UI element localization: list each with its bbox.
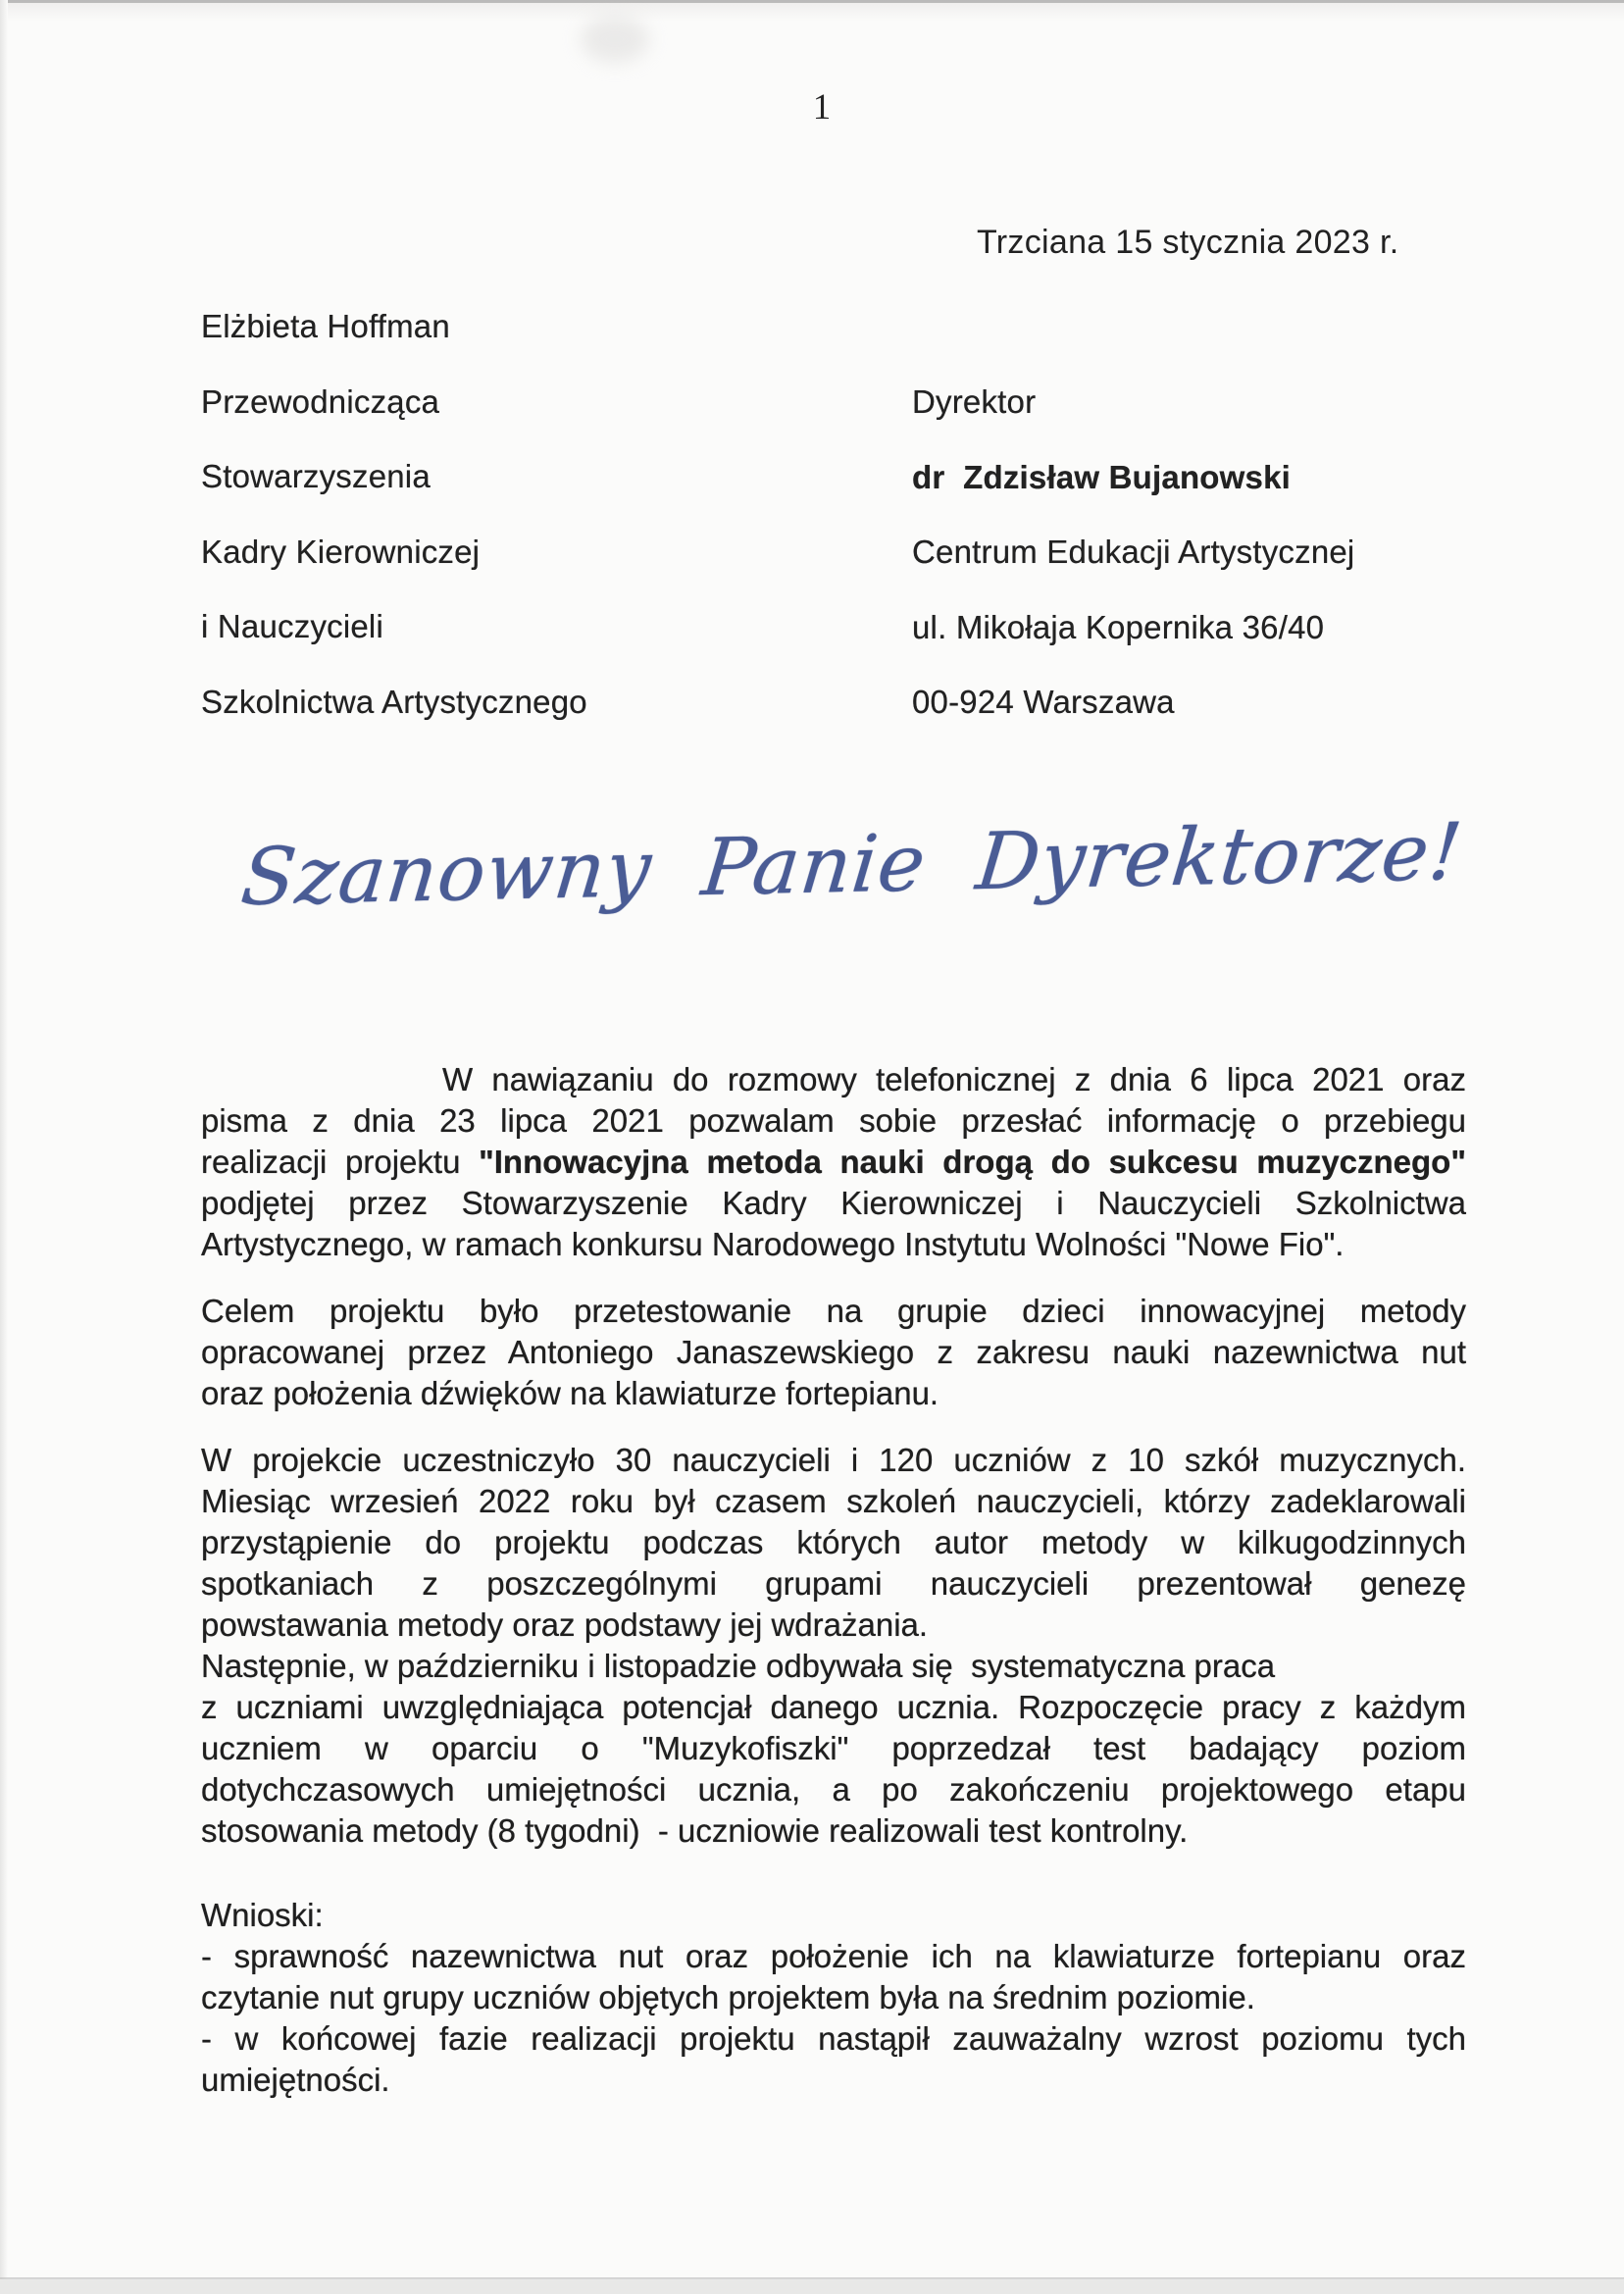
body-line: spotkaniach z poszczególnymi grupami nau… <box>201 1563 1466 1605</box>
body-line: W projekcie uczestniczyło 30 nauczycieli… <box>201 1440 1466 1481</box>
recipient-block: Dyrektor dr Zdzisław Bujanowski Centrum … <box>912 383 1354 759</box>
body-line: Celem projektu było przetestowanie na gr… <box>201 1291 1466 1332</box>
body-text: umiejętności. <box>201 2062 390 2098</box>
salutation-handwriting: Szanowny Panie Dyrektorze! <box>237 809 1325 923</box>
body-text: z uczniami uwzględniająca potencjał dane… <box>201 1689 1466 1725</box>
recipient-line-name: dr Zdzisław Bujanowski <box>912 459 1354 535</box>
scan-edge-top-band <box>0 0 1624 22</box>
body-line: umiejętności. <box>201 2060 1466 2101</box>
sender-line: Szkolnictwa Artystycznego <box>201 684 587 759</box>
body-text-bold: "Innowacyjna metoda nauki drogą do sukce… <box>479 1144 1466 1180</box>
body-text: oraz położenia dźwięków na klawiaturze f… <box>201 1375 939 1411</box>
sender-line: Kadry Kierowniczej <box>201 534 587 609</box>
scan-edge-left <box>0 0 8 2294</box>
body-line: Następnie, w październiku i listopadzie … <box>201 1646 1466 1687</box>
recipient-line: Centrum Edukacji Artystycznej <box>912 534 1354 609</box>
body-line: powstawania metody oraz podstawy jej wdr… <box>201 1605 1466 1646</box>
body-text: powstawania metody oraz podstawy jej wdr… <box>201 1606 928 1643</box>
body-text: Celem projektu było przetestowanie na gr… <box>201 1293 1466 1329</box>
body-line: oraz położenia dźwięków na klawiaturze f… <box>201 1373 1466 1414</box>
body-text: Następnie, w październiku i listopadzie … <box>201 1648 1275 1684</box>
body-text: - w końcowej fazie realizacji projektu n… <box>201 2020 1466 2057</box>
page-number: 1 <box>0 86 1624 128</box>
paragraph: Celem projektu było przetestowanie na gr… <box>201 1291 1466 1414</box>
body-line: pisma z dnia 23 lipca 2021 pozwalam sobi… <box>201 1100 1466 1142</box>
scan-edge-top-line <box>0 0 1624 3</box>
body-line: podjętej przez Stowarzyszenie Kadry Kier… <box>201 1183 1466 1224</box>
body-line: przystąpienie do projektu podczas któryc… <box>201 1522 1466 1563</box>
recipient-line: ul. Mikołaja Kopernika 36/40 <box>912 609 1354 685</box>
body-text: uczniem w oparciu o "Muzykofiszki" poprz… <box>201 1730 1466 1766</box>
body-text: - sprawność nazewnictwa nut oraz położen… <box>201 1938 1466 1974</box>
paragraph: W nawiązaniu do rozmowy telefonicznej z … <box>201 1059 1466 1265</box>
sender-line: Elżbieta Hoffman <box>201 308 587 383</box>
body-line: Artystycznego, w ramach konkursu Narodow… <box>201 1224 1466 1265</box>
body-line: dotychczasowych umiejętności ucznia, a p… <box>201 1769 1466 1810</box>
body-text: Miesiąc wrzesień 2022 roku był czasem sz… <box>201 1483 1466 1519</box>
body-text: przystąpienie do projektu podczas któryc… <box>201 1524 1466 1560</box>
body-text: spotkaniach z poszczególnymi grupami nau… <box>201 1565 1466 1602</box>
body-line: Wnioski: <box>201 1895 1466 1936</box>
paragraph: W projekcie uczestniczyło 30 nauczycieli… <box>201 1440 1466 1852</box>
sender-line: Przewodnicząca <box>201 383 587 459</box>
body-text: opracowanej przez Antoniego Janaszewskie… <box>201 1334 1466 1370</box>
body-line: z uczniami uwzględniająca potencjał dane… <box>201 1687 1466 1728</box>
sender-block: Elżbieta Hoffman Przewodnicząca Stowarzy… <box>201 308 587 758</box>
recipient-line: 00-924 Warszawa <box>912 684 1354 759</box>
body-text: Wnioski: <box>201 1897 324 1933</box>
body-line: uczniem w oparciu o "Muzykofiszki" poprz… <box>201 1728 1466 1769</box>
body-text: czytanie nut grupy uczniów objętych proj… <box>201 1979 1255 2015</box>
recipient-line: Dyrektor <box>912 383 1354 459</box>
sender-line: i Nauczycieli <box>201 608 587 684</box>
scan-edge-bottom-band <box>0 2279 1624 2294</box>
date-line: Trzciana 15 stycznia 2023 r. <box>977 224 1398 262</box>
body-text: Artystycznego, w ramach konkursu Narodow… <box>201 1226 1344 1262</box>
body-text: stosowania metody (8 tygodni) - uczniowi… <box>201 1812 1188 1849</box>
scan-smudge <box>581 16 649 63</box>
body-line: realizacji projektu "Innowacyjna metoda … <box>201 1142 1466 1183</box>
body-line: - sprawność nazewnictwa nut oraz położen… <box>201 1936 1466 1977</box>
body-text: pisma z dnia 23 lipca 2021 pozwalam sobi… <box>201 1102 1466 1139</box>
body-line: stosowania metody (8 tygodni) - uczniowi… <box>201 1810 1466 1852</box>
paragraph: Wnioski:- sprawność nazewnictwa nut oraz… <box>201 1895 1466 2101</box>
body-line: Miesiąc wrzesień 2022 roku był czasem sz… <box>201 1481 1466 1522</box>
body-text: realizacji projektu <box>201 1144 479 1180</box>
body-text: W projekcie uczestniczyło 30 nauczycieli… <box>201 1442 1466 1478</box>
letter-body: W nawiązaniu do rozmowy telefonicznej z … <box>201 1059 1466 2101</box>
body-line: - w końcowej fazie realizacji projektu n… <box>201 2018 1466 2060</box>
body-text: W nawiązaniu do rozmowy telefonicznej z … <box>442 1061 1466 1097</box>
body-line: opracowanej przez Antoniego Janaszewskie… <box>201 1332 1466 1373</box>
body-text: podjętej przez Stowarzyszenie Kadry Kier… <box>201 1185 1466 1221</box>
sender-line: Stowarzyszenia <box>201 458 587 534</box>
scanned-letter-page: 1 Trzciana 15 stycznia 2023 r. Elżbieta … <box>0 0 1624 2294</box>
body-line: czytanie nut grupy uczniów objętych proj… <box>201 1977 1466 2018</box>
body-line: W nawiązaniu do rozmowy telefonicznej z … <box>201 1059 1466 1100</box>
body-text: dotychczasowych umiejętności ucznia, a p… <box>201 1771 1466 1808</box>
